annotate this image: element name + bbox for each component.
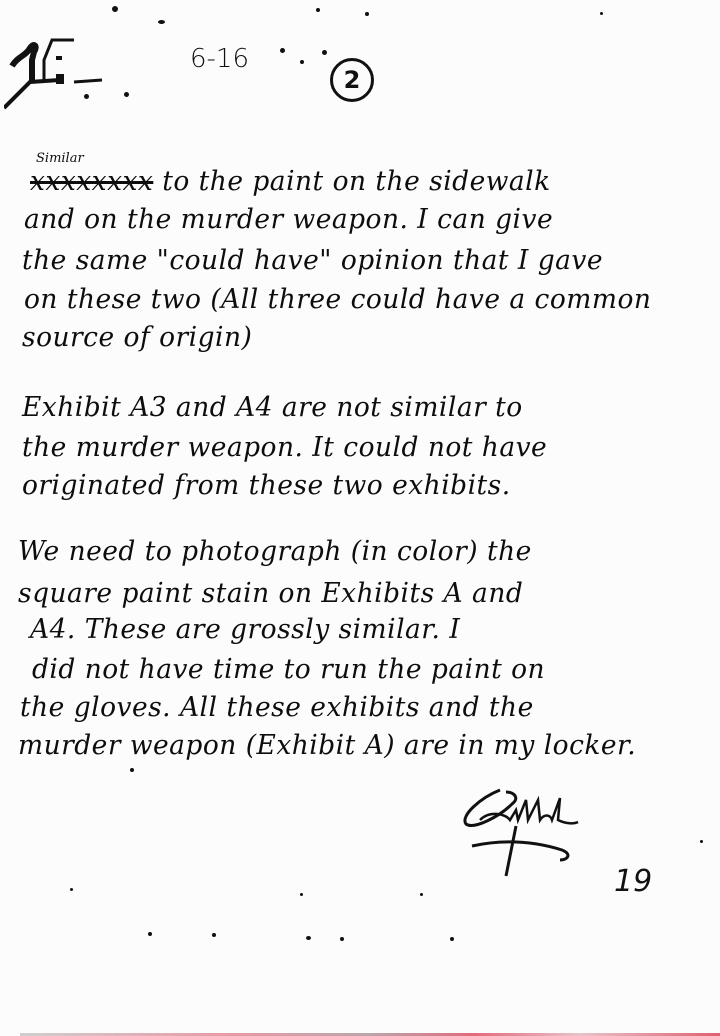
scan-speck [130,768,134,772]
page-number: 2 [344,66,361,94]
scan-speck [212,933,216,937]
scan-speck [600,12,603,15]
scan-speck [70,888,73,891]
scanned-page: 6-16 2 Similar xxxxxxxx to the paint on … [0,0,720,1036]
text-line-9: We need to photograph (in color) the [18,536,532,567]
text-line-13: the gloves. All these exhibits and the [20,692,534,723]
scan-speck [148,932,152,936]
scan-speck [306,936,311,940]
scan-speck [300,60,304,64]
struck-word: xxxxxxxx [30,166,153,197]
text-line-11: A4. These are grossly similar. I [30,614,460,645]
text-line-10: square paint stain on Exhibits A and [18,578,523,609]
text-line-2: and on the murder weapon. I can give [24,204,553,235]
scan-speck [158,20,165,24]
scan-speck [84,94,89,99]
scan-speck [420,893,423,896]
scan-speck [124,92,129,97]
text-line-4: on these two (All three could have a com… [24,284,651,315]
text-line-12: did not have time to run the paint on [32,654,545,685]
page-number-circle: 2 [330,58,374,102]
text-line-7: the murder weapon. It could not have [22,432,547,463]
insertion-word: Similar [36,151,84,166]
scan-speck [300,893,303,896]
scan-speck [112,6,118,12]
scan-speck [316,8,320,12]
text-line-14: murder weapon (Exhibit A) are in my lock… [18,730,636,761]
sheet-number: 19 [614,864,652,899]
text-line-3: the same "could have" opinion that I gav… [22,245,603,276]
text-line-5: source of origin) [22,322,252,353]
text-line-8: originated from these two exhibits. [22,470,511,501]
signature: Dillard [450,780,590,880]
scan-speck [340,937,344,941]
date-note: 6-16 [190,44,249,74]
scan-speck [700,840,703,843]
text-line-6: Exhibit A3 and A4 are not similar to [22,392,523,423]
text-line-1: xxxxxxxx to the paint on the sidewalk [30,166,551,197]
corner-mark-icon [4,30,114,110]
scan-speck [280,48,285,53]
scan-speck [322,50,327,55]
scan-speck [450,937,454,941]
scan-speck [365,12,369,16]
